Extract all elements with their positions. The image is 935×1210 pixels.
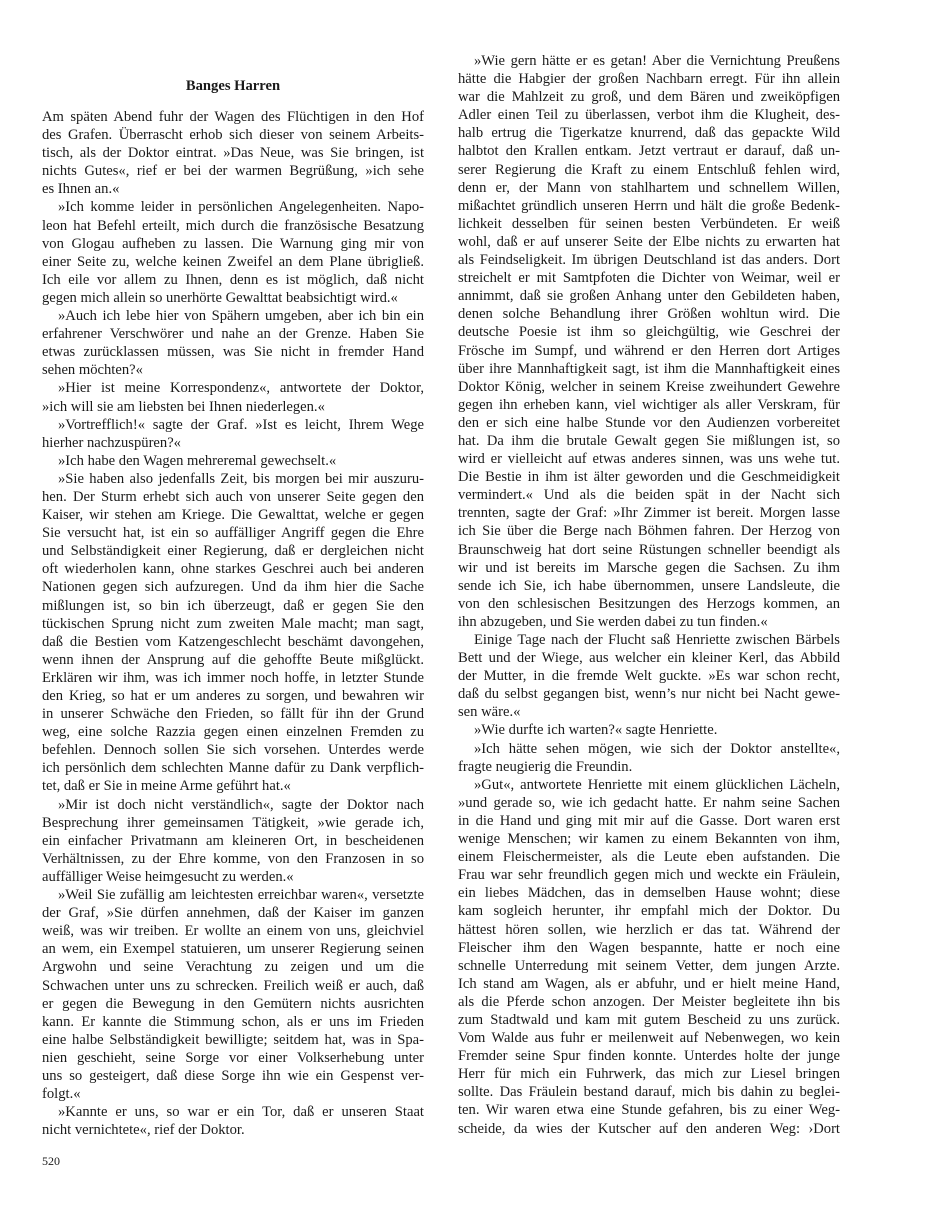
text-line: Verhältnissen, zu der Ehre komme, von de… (42, 850, 424, 868)
text-line: kann. Er kannte die Stimmung schon, als … (42, 1013, 424, 1031)
text-line: in die Hand und ging mit mir auf die Gas… (458, 812, 840, 830)
text-line: sollte. Das Fräulein bestand darauf, mic… (458, 1083, 840, 1101)
text-line: über ihre Mannhaftigkeit sagt, ist ihm d… (458, 360, 840, 378)
text-line: Frösche im Sumpf, und während er den Her… (458, 342, 840, 360)
text-line: »Auch ich lebe hier von Spähern umgeben,… (42, 307, 424, 325)
text-line: nichts Gutes«, rief er bei der warmen Be… (42, 162, 424, 180)
text-line: »Hier ist meine Korrespondenz«, antworte… (42, 379, 424, 397)
text-line: mißlungen ist, so bin ich überzeugt, daß… (42, 597, 424, 615)
text-line: zum Stadtwald und kam mit gutem Bescheid… (458, 1011, 840, 1029)
text-line: »Mir ist doch nicht verständlich«, sagte… (42, 796, 424, 814)
text-line: denn er, der Mann von stahlhartem und sc… (458, 179, 840, 197)
text-line: daß du selbst gegangen bist, wenn’s nur … (458, 685, 840, 703)
text-line: hätte die Habgier der großen Nachbarn er… (458, 70, 840, 88)
text-column-left: Am späten Abend fuhr der Wagen des Flüch… (42, 108, 424, 1139)
text-line: sen wäre.« (458, 703, 840, 721)
text-line: trennten, sagte der Graf: »Ihr Zimmer is… (458, 504, 840, 522)
text-line: denen solche Behandlung ihrer Größen woh… (458, 305, 840, 323)
text-line: »Wie gern hätte er es getan! Aber die Ve… (458, 52, 840, 70)
chapter-title: Banges Harren (42, 77, 424, 95)
text-line: hättest hören sollen, wie herzlich er da… (458, 921, 840, 939)
text-line: etwas zurücklassen müssen, was Sie nicht… (42, 343, 424, 361)
text-line: Besprechung ihrer gemeinsamen Tätigkeit,… (42, 814, 424, 832)
text-line: »Ich hätte sehen mögen, wie sich der Dok… (458, 740, 840, 758)
text-line: Sie versucht hat, ist ein so auffälliger… (42, 524, 424, 542)
text-line: Erklären wir ihm, was ich immer noch hof… (42, 669, 424, 687)
text-line: sehen möchten?« (42, 361, 424, 379)
text-line: ich persönlich dem schlechten Manne dafü… (42, 759, 424, 777)
text-line: Nationen gegen sich aufzuregen. Und da i… (42, 578, 424, 596)
text-line: halb ertrug die Tigerkatze knurrend, daß… (458, 124, 840, 142)
page-number: 520 (42, 1154, 60, 1168)
text-line: »Weil Sie zufällig am leichtesten erreic… (42, 886, 424, 904)
text-line: einer Seite zu, welche keinen Zweifel an… (42, 253, 424, 271)
text-line: hen. Der Sturm erhebt sich auch von unse… (42, 488, 424, 506)
text-line: Argwohn und seine Verachtung zu zeigen u… (42, 958, 424, 976)
text-line: ein liebes Mädchen, das in demselben Hau… (458, 884, 840, 902)
text-line: weiß, was wir treiben. Er wollte an eine… (42, 922, 424, 940)
text-line: Schwachen unter uns zu schrecken. Freili… (42, 977, 424, 995)
text-line: uns so gesteigert, daß diese Sorge ihn w… (42, 1067, 424, 1085)
text-line: ich Sie über die Berge nach Böhmen fahre… (458, 522, 840, 540)
text-line: Adler einen Teil zu überlassen, verbot i… (458, 106, 840, 124)
text-line: wohl, daß er auf unserer Seite der Elbe … (458, 233, 840, 251)
text-line: Ich eile vor allem zu Ihnen, denn es ist… (42, 271, 424, 289)
text-line: halbtot den Krallen entkam. Jetzt vertra… (458, 142, 840, 160)
text-line: der Mutter, in die fremde Welt guckte. »… (458, 667, 840, 685)
text-line: Braunschweig hat dort seine Rüstungen sc… (458, 541, 840, 559)
text-line: wenige Menschen; wir kamen zu einem Beka… (458, 830, 840, 848)
text-line: »Gut«, antwortete Henriette mit einem gl… (458, 776, 840, 794)
text-line: befehlen. Dennoch sollen Sie sich vorseh… (42, 741, 424, 759)
text-column-right: »Wie gern hätte er es getan! Aber die Ve… (458, 52, 840, 1138)
text-line: von Glogau aufheben zu lassen. Die Warnu… (42, 235, 424, 253)
text-line: erfahrener Verschwörer und nahe an der G… (42, 325, 424, 343)
text-line: hat. Da ihm die brutale Gewalt gegen Sie… (458, 432, 840, 450)
text-line: wir und ist bereits im Marsche gegen die… (458, 559, 840, 577)
text-line: Am späten Abend fuhr der Wagen des Flüch… (42, 108, 424, 126)
text-line: an wem, ein Exempel statuieren, um unser… (42, 940, 424, 958)
text-line: ten. Wir waren etwa eine Stunde gefahren… (458, 1101, 840, 1119)
text-line: Die Bestie in ihm ist älter geworden und… (458, 468, 840, 486)
text-line: Frau war sehr freundlich gegen mich und … (458, 866, 840, 884)
text-line: er gegen die Bewegung in den Gemütern ni… (42, 995, 424, 1013)
text-line: Einige Tage nach der Flucht saß Henriett… (458, 631, 840, 649)
text-line: tückischen Sprung nicht zum zweiten Male… (42, 615, 424, 633)
text-line: als Feindseligkeit. Im übrigen Deutschla… (458, 251, 840, 269)
text-line: Fremder seine Spur finden konnte. Unterd… (458, 1047, 840, 1065)
text-line: es Ihnen an.« (42, 180, 424, 198)
text-line: Bett und der Wiege, aus welcher ein klei… (458, 649, 840, 667)
text-line: tisch, als der Doktor eintrat. »Das Neue… (42, 144, 424, 162)
text-line: Kaiser, wir stehen am Kriege. Die Gewalt… (42, 506, 424, 524)
text-line: den er sich eine halbe Stunde vor den Au… (458, 414, 840, 432)
text-line: einem Fleischermeister, als die Leute eb… (458, 848, 840, 866)
text-line: »und gerade so, wie ich gedacht hatte. E… (458, 794, 840, 812)
text-line: leon hat Befehl erteilt, mich durch die … (42, 217, 424, 235)
text-line: streichelt er mit Samtpfoten die Dichter… (458, 269, 840, 287)
text-line: »Vortrefflich!« sagte der Graf. »Ist es … (42, 416, 424, 434)
text-line: der Graf, »Sie dürfen annehmen, daß der … (42, 904, 424, 922)
text-line: und Selbständigkeit einer Regierung, daß… (42, 542, 424, 560)
text-line: ihn abzugeben, und Sie werden dabei zu t… (458, 613, 840, 631)
text-line: nien geschieht, seine Sorge vor einer Vo… (42, 1049, 424, 1067)
text-line: auffälliger Weise heimgesucht zu werden.… (42, 868, 424, 886)
text-line: von den schlesischen Besitzungen des Her… (458, 595, 840, 613)
text-line: wenn ihnen der Ansprung auf die gehoffte… (42, 651, 424, 669)
text-line: als die Pferde schon anzogen. Der Meiste… (458, 993, 840, 1011)
text-line: wird er vielleicht auf etwas anderes sin… (458, 450, 840, 468)
text-line: lichkeit desselben für seinen besten Ver… (458, 215, 840, 233)
text-line: fragte neugierig die Freundin. (458, 758, 840, 776)
text-line: ein einfacher Privatmann am kleineren Or… (42, 832, 424, 850)
text-line: eine halbe Selbständigkeit bewilligte; s… (42, 1031, 424, 1049)
text-line: »Sie haben also jedenfalls Zeit, bis mor… (42, 470, 424, 488)
text-line: gegen mich allein so unerhörte Gewalttat… (42, 289, 424, 307)
text-line: gegen ihn erheben kann, viel wichtiger a… (458, 396, 840, 414)
text-line: scheide, da wies der Kutscher auf den an… (458, 1120, 840, 1138)
text-line: des Grafen. Überrascht erhob sich dieser… (42, 126, 424, 144)
text-line: hierher nachzuspüren?« (42, 434, 424, 452)
book-page: Banges Harren Am späten Abend fuhr der W… (0, 0, 935, 1210)
text-line: »Kannte er uns, so war er ein Tor, daß e… (42, 1103, 424, 1121)
text-line: Vom Walde aus fuhr er meilenweit auf Neb… (458, 1029, 840, 1047)
text-line: »Ich komme leider in persönlichen Angele… (42, 198, 424, 216)
text-line: weg, eine solche Razzia gegen einen einz… (42, 723, 424, 741)
text-line: vermindert.« Und als die beiden spät in … (458, 486, 840, 504)
text-line: nicht vernichtete«, rief der Doktor. (42, 1121, 424, 1139)
text-line: schnelle Unterredung mit seinem Vetter, … (458, 957, 840, 975)
text-line: »Ich habe den Wagen mehreremal gewechsel… (42, 452, 424, 470)
text-line: daß die Bestien vom Katzengeschlecht bes… (42, 633, 424, 651)
text-line: serer Regierung die Kraft zu einem Entsc… (458, 161, 840, 179)
text-line: tet, daß er Sie in meine Arme geführt ha… (42, 777, 424, 795)
text-line: mißachtet gründlich unseren Herrn und hä… (458, 197, 840, 215)
text-line: Ich stand am Wagen, als er abfuhr, und e… (458, 975, 840, 993)
text-line: in unserer Schwäche den Frieden, so fäll… (42, 705, 424, 723)
text-line: »ich will sie am liebsten bei Ihnen nied… (42, 398, 424, 416)
text-line: deutsche Poesie ist ihm so gleichgültig,… (458, 323, 840, 341)
text-line: war die Mahlzeit zu groß, und dem Bären … (458, 88, 840, 106)
text-line: annimmt, daß sie großen Anhang unter den… (458, 287, 840, 305)
text-line: Fleischer ihm den Wagen bespannte, hatte… (458, 939, 840, 957)
text-line: kam sogleich herunter, ihr empfahl mich … (458, 902, 840, 920)
text-line: sende ich Sie, ich habe übernommen, unse… (458, 577, 840, 595)
text-line: »Wie durfte ich warten?« sagte Henriette… (458, 721, 840, 739)
text-line: den Krieg, so hat er um anderes zu sorge… (42, 687, 424, 705)
text-line: Doktor König, welcher in seinem Kreise z… (458, 378, 840, 396)
text-line: Herr für mich ein Fuhrwerk, das mich zur… (458, 1065, 840, 1083)
text-line: folgt.« (42, 1085, 424, 1103)
text-line: oft wiederholen kann, ohne starkes Gesch… (42, 560, 424, 578)
